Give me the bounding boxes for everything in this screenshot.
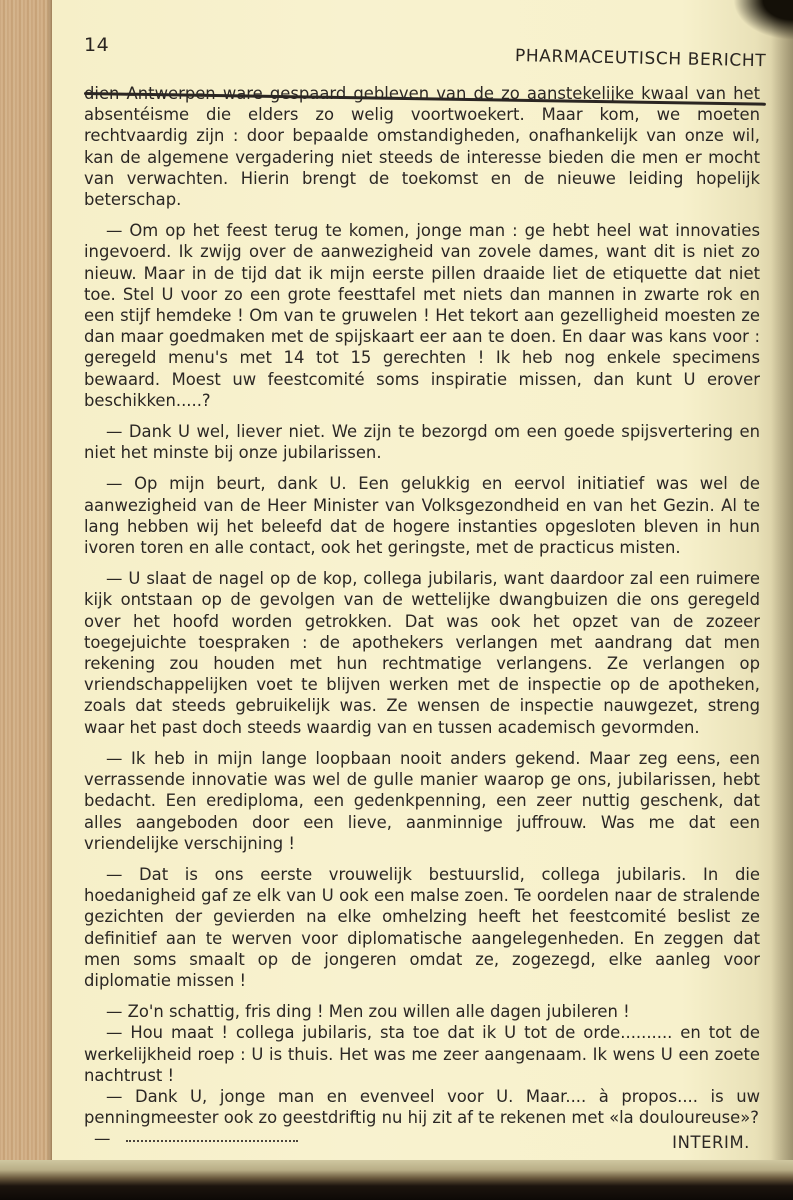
paragraph: — Ik heb in mijn lange loopbaan nooit an… xyxy=(84,748,760,854)
article-body: dien Antwerpen ware gespaard gebleven va… xyxy=(84,83,760,1150)
page-header: 14 PHARMACEUTISCH BERICHT xyxy=(84,30,766,70)
paragraph: — Zo'n schattig, fris ding ! Men zou wil… xyxy=(84,1001,760,1022)
paragraph: — Op mijn beurt, dank U. Een gelukkig en… xyxy=(84,473,760,558)
paragraph: — Dank U wel, liever niet. We zijn te be… xyxy=(84,421,760,463)
paragraph: — U slaat de nagel op de kop, collega ju… xyxy=(84,568,760,738)
paragraph: — Dat is ons eerste vrouwelijk bestuursl… xyxy=(84,864,760,991)
paragraph: — Dank U, jonge man en evenveel voor U. … xyxy=(84,1086,760,1128)
dotted-leader xyxy=(126,1138,298,1142)
closing-dash: — xyxy=(94,1128,110,1149)
page-stack-edge xyxy=(0,0,52,1165)
table-surface-shadow xyxy=(0,1160,793,1200)
closing-line: — INTERIM. xyxy=(84,1128,760,1150)
paragraph: — Om op het feest terug te komen, jonge … xyxy=(84,220,760,411)
author-signature: INTERIM. xyxy=(672,1132,750,1153)
paragraph: — Hou maat ! collega jubilaris, sta toe … xyxy=(84,1022,760,1086)
running-title: PHARMACEUTISCH BERICHT xyxy=(515,46,767,71)
paragraph: dien Antwerpen ware gespaard gebleven va… xyxy=(84,83,760,210)
page-number: 14 xyxy=(84,34,109,56)
